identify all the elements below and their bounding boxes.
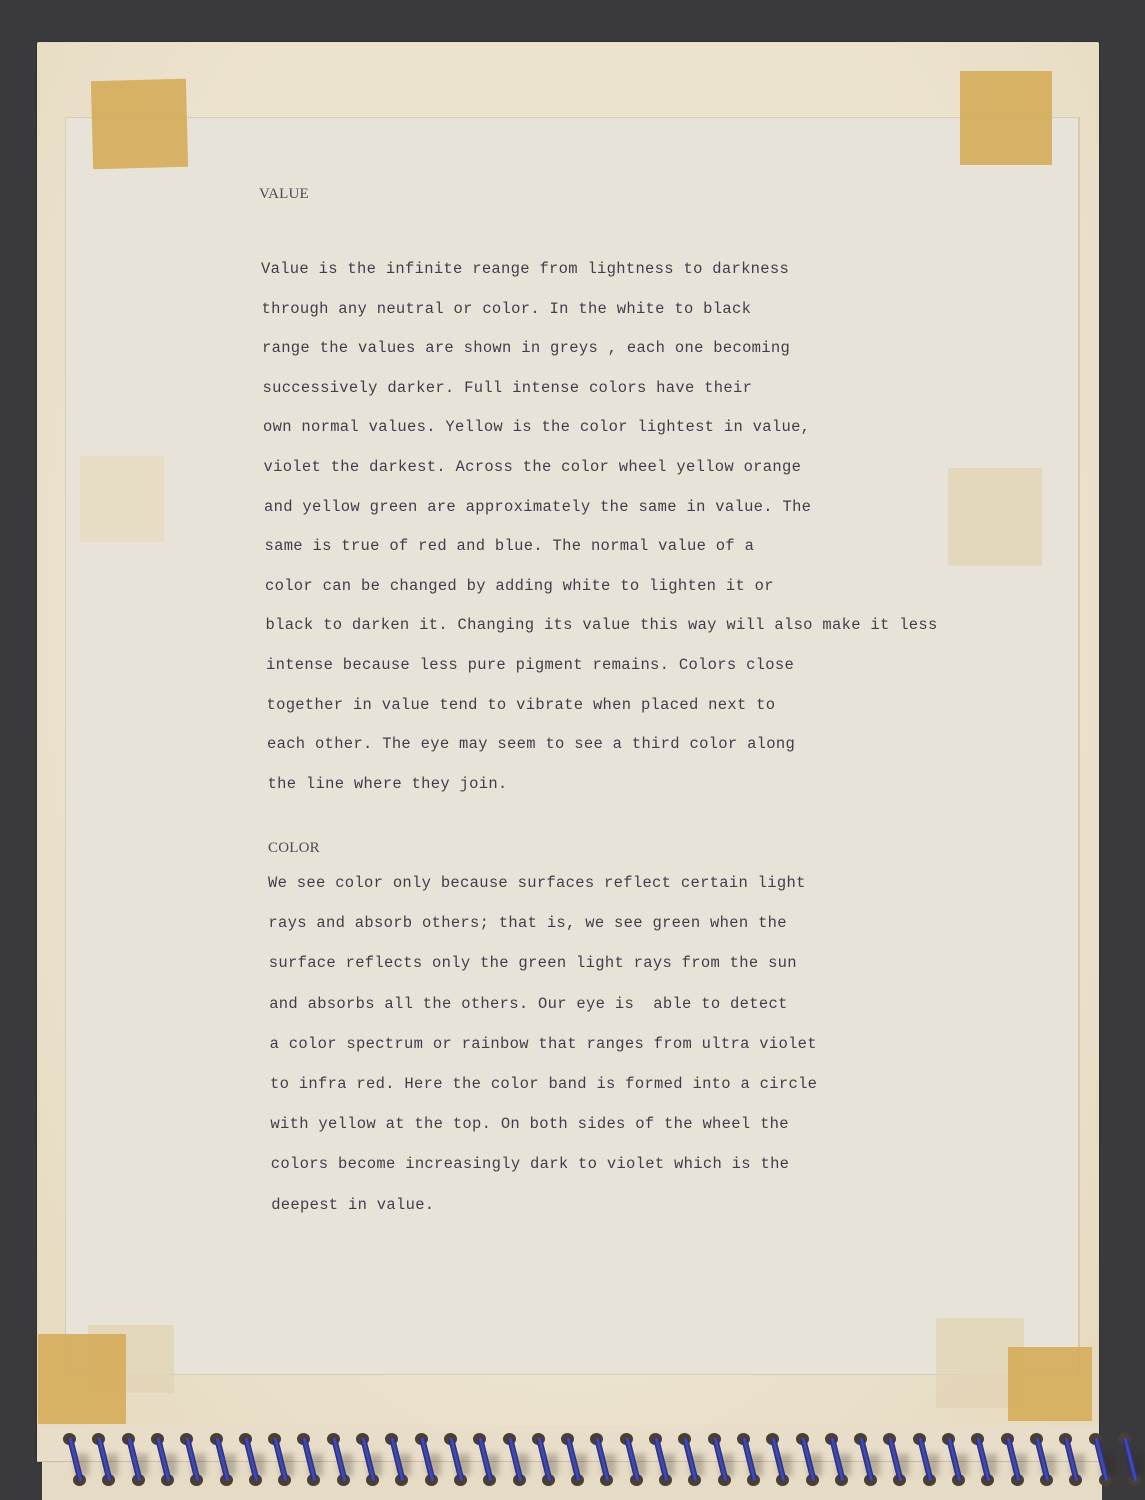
text-line: to infra red. Here the color band is for…	[270, 1075, 817, 1093]
text-line: surface reflects only the green light ra…	[269, 954, 797, 972]
text-line: and absorbs all the others. Our eye is a…	[269, 995, 787, 1013]
tape-bottom-left	[38, 1334, 126, 1424]
spiral-coil	[622, 1436, 632, 1482]
spiral-coil	[1091, 1436, 1101, 1482]
spiral-coil	[329, 1436, 339, 1482]
spiral-coil	[182, 1436, 192, 1482]
spiral-coil	[475, 1436, 485, 1482]
text-line: color can be changed by adding white to …	[265, 577, 774, 595]
tape-top-right	[960, 71, 1052, 165]
text-line: the line where they join.	[268, 775, 508, 793]
spiral-coil	[1061, 1436, 1071, 1482]
text-line: black to darken it. Changing its value t…	[266, 616, 938, 634]
spiral-coil	[1032, 1436, 1042, 1482]
text-line: together in value tend to vibrate when p…	[267, 696, 776, 714]
text-line: each other. The eye may seem to see a th…	[267, 735, 795, 753]
text-line: same is true of red and blue. The normal…	[265, 537, 755, 555]
spiral-coil	[885, 1436, 895, 1482]
text-line: violet the darkest. Across the color whe…	[264, 458, 802, 476]
spiral-coil	[65, 1436, 75, 1482]
text-line: colors become increasingly dark to viole…	[271, 1155, 789, 1173]
tape-ghost-left	[80, 456, 164, 542]
spiral-coil	[798, 1436, 808, 1482]
spiral-coil	[94, 1436, 104, 1482]
text-line: Value is the infinite reange from lightn…	[261, 260, 789, 278]
spiral-coil	[768, 1436, 778, 1482]
spiral-coil	[241, 1436, 251, 1482]
spiral-binding	[37, 1420, 1117, 1500]
text-line: own normal values. Yellow is the color l…	[263, 418, 810, 436]
spiral-coil	[124, 1436, 134, 1482]
spiral-coil	[387, 1436, 397, 1482]
spiral-coil	[417, 1436, 427, 1482]
spiral-coil	[1003, 1436, 1013, 1482]
text-line: intense because less pure pigment remain…	[266, 656, 794, 674]
text-line: rays and absorb others; that is, we see …	[268, 914, 786, 932]
text-line: We see color only because surfaces refle…	[268, 874, 806, 892]
spiral-coil	[651, 1436, 661, 1482]
spiral-coil	[915, 1436, 925, 1482]
spiral-coil	[446, 1436, 456, 1482]
text-line: successively darker. Full intense colors…	[263, 379, 753, 397]
spiral-coil	[1120, 1436, 1130, 1482]
spiral-coil	[592, 1436, 602, 1482]
spiral-coil	[534, 1436, 544, 1482]
spiral-coil	[505, 1436, 515, 1482]
text-line: and yellow green are approximately the s…	[264, 498, 811, 516]
spiral-coil	[270, 1436, 280, 1482]
section-heading-value: VALUE	[259, 186, 309, 203]
text-line: through any neutral or color. In the whi…	[262, 300, 752, 318]
spiral-coil	[153, 1436, 163, 1482]
section-heading-color: COLOR	[268, 840, 320, 857]
tape-top-left	[91, 79, 188, 169]
spiral-coil	[680, 1436, 690, 1482]
spiral-coil	[739, 1436, 749, 1482]
text-line: a color spectrum or rainbow that ranges …	[270, 1035, 817, 1053]
spiral-coil	[827, 1436, 837, 1482]
spiral-coil	[299, 1436, 309, 1482]
spiral-coil	[856, 1436, 866, 1482]
spiral-coil	[710, 1436, 720, 1482]
spiral-coil	[212, 1436, 222, 1482]
text-line: deepest in value.	[271, 1196, 434, 1214]
text-line: range the values are shown in greys , ea…	[262, 339, 790, 357]
spiral-coil	[563, 1436, 573, 1482]
spiral-coil	[358, 1436, 368, 1482]
text-line: with yellow at the top. On both sides of…	[270, 1115, 788, 1133]
spiral-coil	[944, 1436, 954, 1482]
tape-ghost-right	[948, 468, 1042, 566]
tape-bottom-right	[1008, 1347, 1092, 1421]
spiral-coil	[973, 1436, 983, 1482]
